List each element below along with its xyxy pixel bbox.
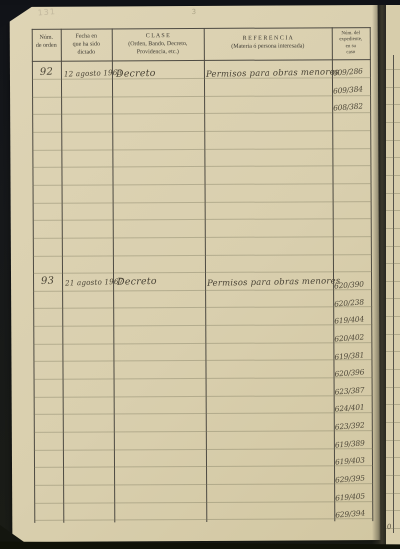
entry-num: 93: [41, 276, 55, 288]
ruled-line: [386, 475, 400, 476]
registry-table: Núm. de orden Fecha en que ha sido dicta…: [10, 5, 378, 7]
ruled-line: [386, 193, 400, 194]
ruled-line: [33, 307, 372, 310]
stray-mark: 3: [192, 8, 197, 16]
ruled-line: [33, 201, 372, 204]
ruled-line: [33, 271, 372, 274]
ruled-line: [386, 298, 400, 299]
ruled-line: [386, 493, 400, 494]
ruled-line: [33, 254, 372, 257]
ruled-line: [386, 263, 400, 264]
ruled-line: [33, 324, 372, 327]
ruled-line: [386, 104, 400, 105]
ruled-line: [33, 183, 372, 186]
entry-fecha: 12 agosto 1963: [64, 68, 123, 79]
ruled-line: [386, 387, 400, 388]
adjacent-writing-fragment: 0: [386, 523, 392, 532]
ruled-line: [386, 334, 400, 335]
ruled-line: [34, 430, 373, 433]
ruled-line: [386, 281, 400, 282]
scan-edge-top: [0, 0, 400, 5]
header-referencia: R E F E R E N C I A (Materia ó persona i…: [204, 35, 332, 51]
ruled-line: [386, 175, 400, 176]
ruled-line: [32, 112, 371, 115]
table-border-top: [32, 27, 371, 30]
ruled-line: [34, 412, 373, 415]
ruled-line: [386, 351, 400, 352]
entry-clase: Decreto: [116, 68, 156, 80]
ruled-line: [386, 122, 400, 123]
ruled-line: [386, 140, 400, 141]
header-num: Núm. de orden: [32, 35, 61, 51]
ruled-line: [34, 448, 373, 451]
entry-fecha: 21 agosto 1967: [65, 277, 124, 288]
entry-referencia: Permisos para obras menores: [207, 276, 341, 289]
ruled-line: [34, 518, 373, 521]
ruled-line: [32, 165, 371, 168]
entry-clase: Decreto: [117, 276, 157, 288]
expediente-number: 608/382: [333, 97, 372, 117]
ruled-line: [33, 359, 372, 362]
ruled-line: [386, 228, 400, 229]
ruled-line: [34, 395, 373, 398]
ruled-line: [34, 465, 373, 468]
ruled-line: [386, 510, 400, 511]
ruled-line: [32, 95, 371, 98]
expediente-list: 620/390620/238619/404620/402619/381620/3…: [334, 276, 373, 523]
ruled-line: [33, 218, 372, 221]
ruled-line: [386, 157, 400, 158]
ruled-line: [34, 377, 373, 380]
header-fecha: Fecha en que ha sido dictado: [61, 33, 112, 57]
ruled-line: [33, 342, 372, 345]
ruled-line: [34, 483, 373, 486]
ruled-line: [32, 130, 371, 133]
scan-edge-bottom: [0, 542, 400, 549]
ruled-line: [32, 148, 371, 151]
ruled-line: [34, 501, 373, 504]
ruled-line: [386, 87, 400, 88]
header-clase: C L A S E (Orden, Bando, Decreto, Provid…: [112, 33, 204, 57]
ledger-page: 131 3 Núm. de orden Fecha en que ha sido…: [10, 5, 381, 542]
ruled-line: [386, 246, 400, 247]
ruled-line: [386, 369, 400, 370]
adjacent-page-edge: 0: [386, 3, 400, 545]
ruled-line: [386, 210, 400, 211]
expediente-number: 629/394: [335, 504, 374, 524]
header-separator: [32, 59, 371, 62]
entry-num: 92: [40, 67, 54, 79]
ruled-line: [386, 440, 400, 441]
ruled-line: [386, 404, 400, 405]
ruled-line: [33, 236, 372, 239]
ruled-line: [386, 316, 400, 317]
ruled-line: [386, 457, 400, 458]
adjacent-table-border: [393, 55, 394, 533]
ruled-line: [386, 69, 400, 70]
header-expediente: Núm. del expediente, en su caso: [332, 31, 370, 56]
ruled-line: [33, 289, 372, 292]
expediente-list: 609/286609/384608/382: [333, 63, 371, 116]
ruled-lines: [10, 5, 378, 7]
ruled-line: [386, 422, 400, 423]
